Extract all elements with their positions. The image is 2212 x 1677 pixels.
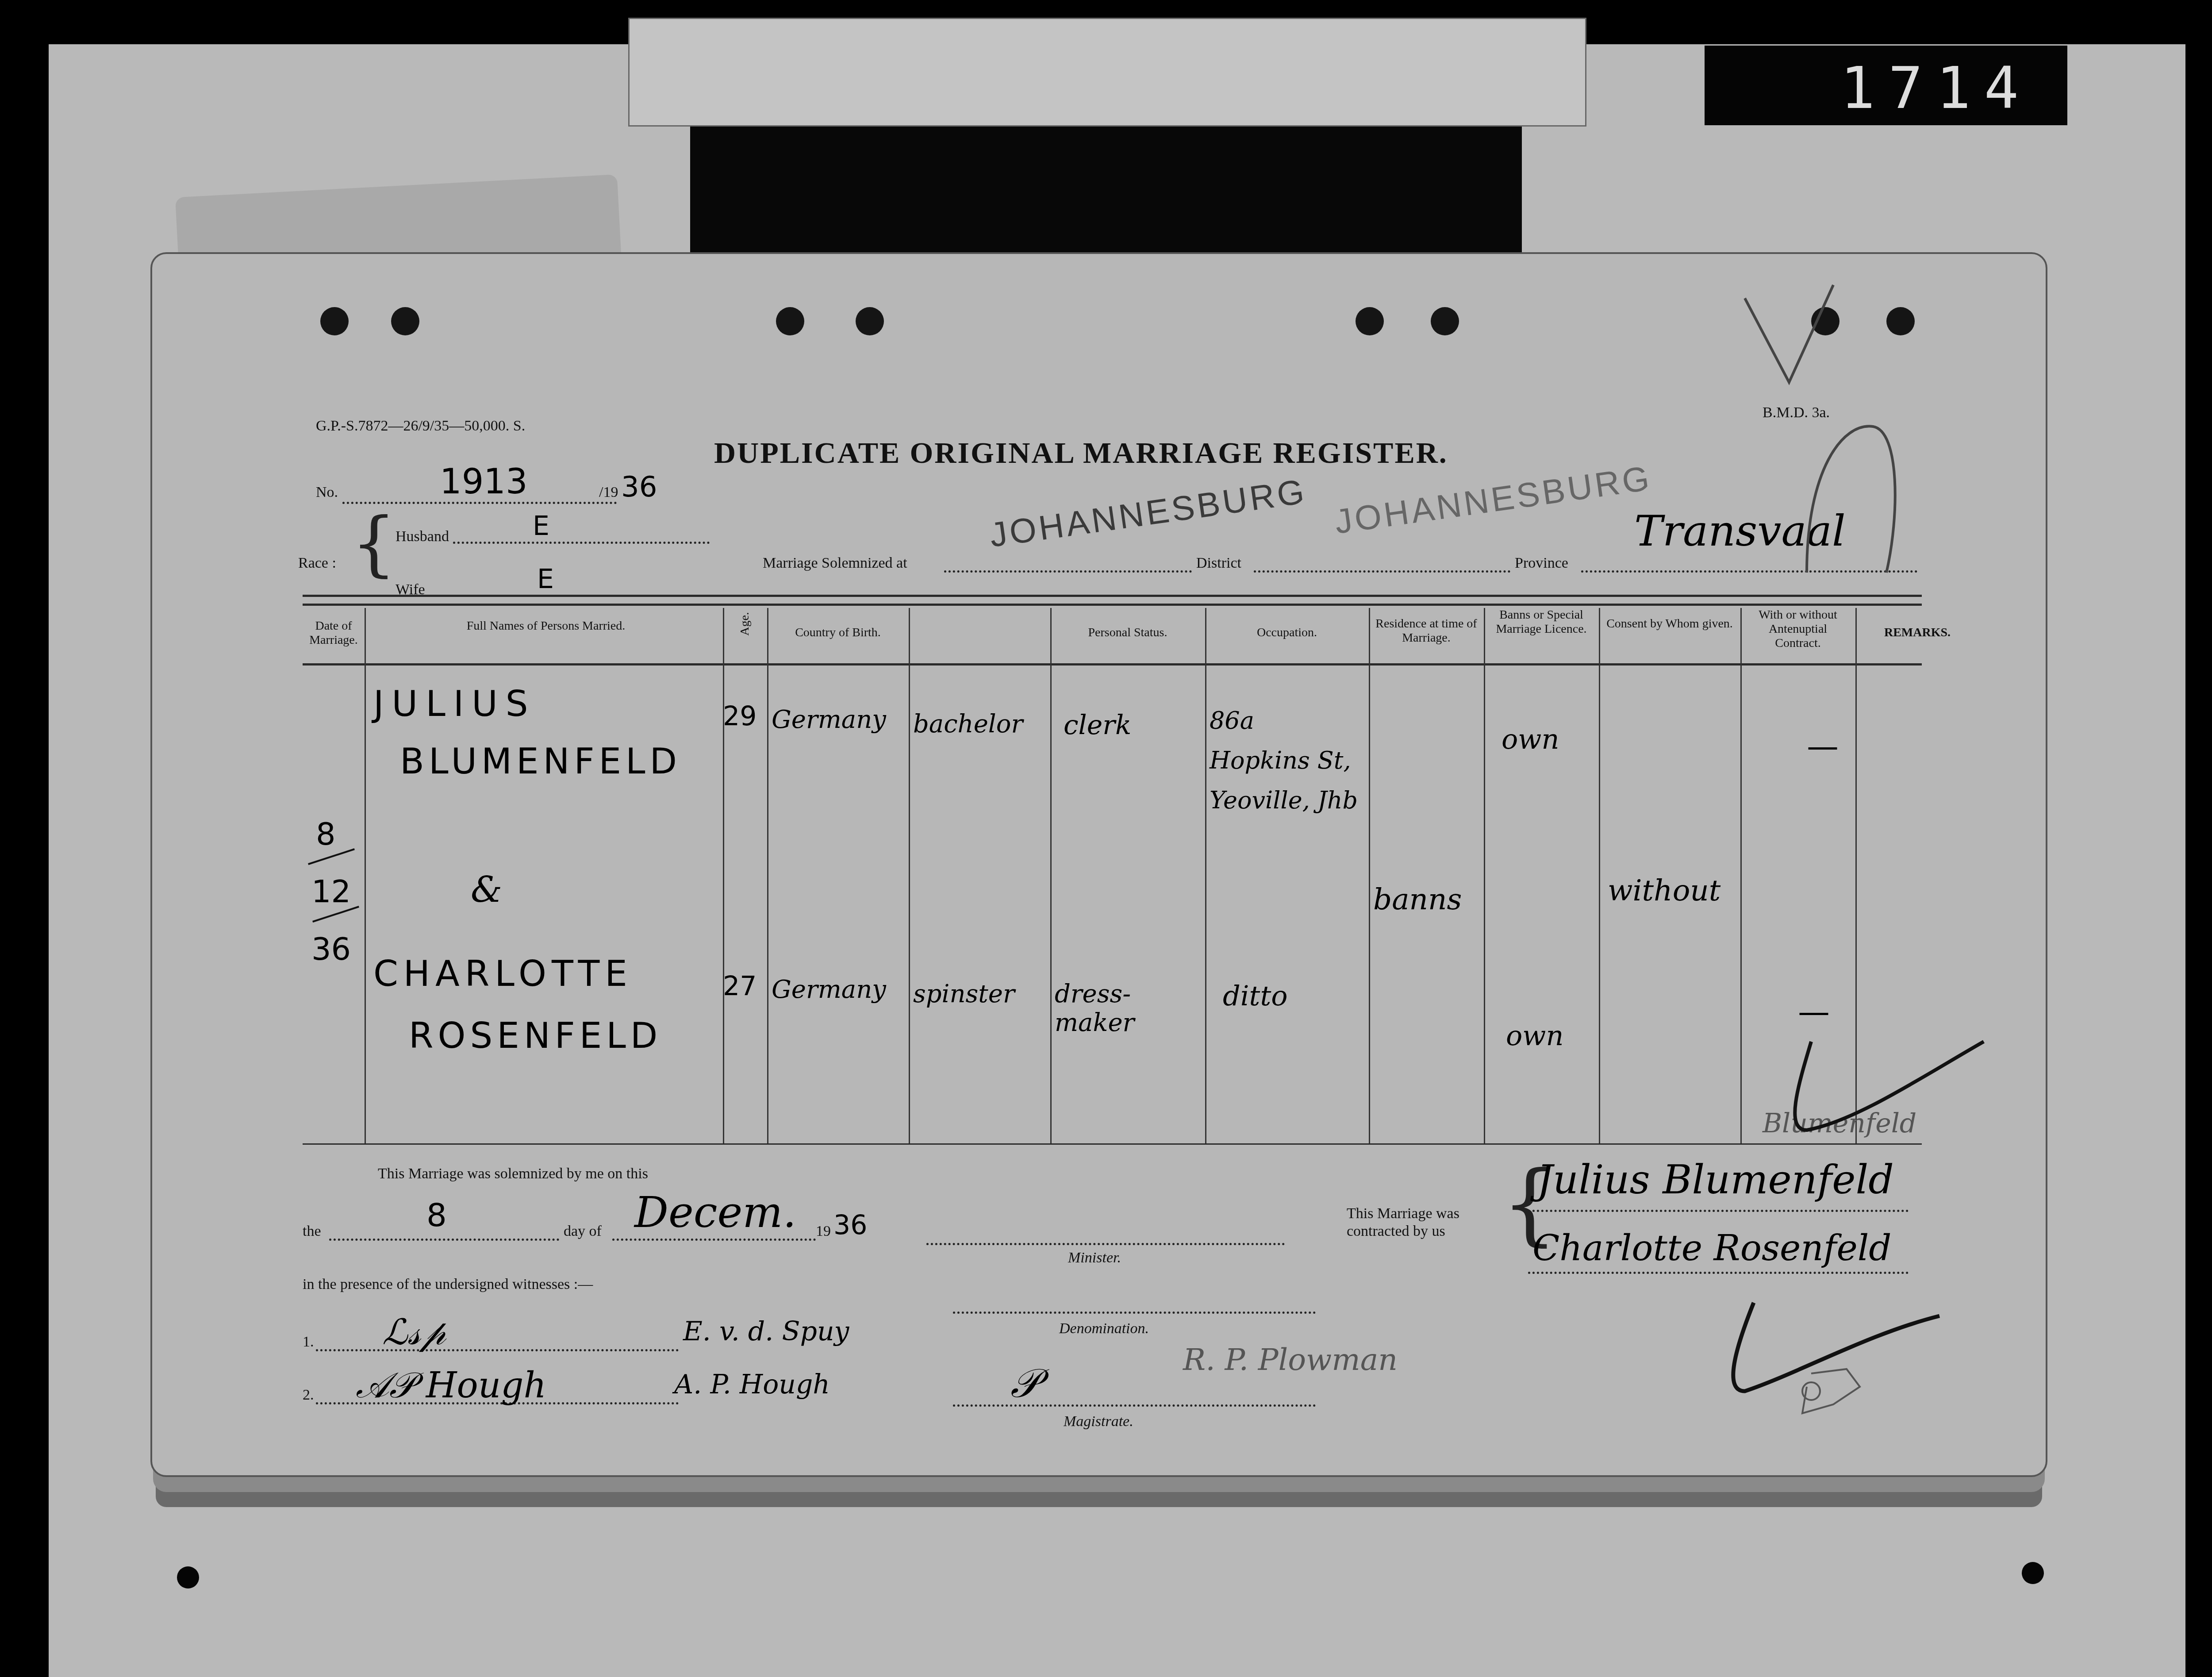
- year-prefix: 19: [816, 1223, 831, 1240]
- col-divider: [1205, 608, 1206, 1143]
- witness-1-line: [316, 1349, 679, 1351]
- header-status: Personal Status.: [1055, 626, 1201, 640]
- country: Germany: [772, 975, 904, 1004]
- register-no-value: 1913: [440, 462, 528, 502]
- punch-hole: [1431, 307, 1459, 335]
- col-divider: [1599, 608, 1600, 1143]
- col-divider: [723, 608, 724, 1143]
- punch-hole: [320, 307, 349, 335]
- witness-intro: in the presence of the undersigned witne…: [303, 1276, 593, 1293]
- frame-counter: 1714: [1840, 54, 2032, 122]
- district-label: District: [1196, 555, 1241, 572]
- print-code: G.P.-S.7872—26/9/35—50,000. S.: [316, 418, 525, 435]
- wife-signature: Charlotte Rosenfeld: [1532, 1227, 1892, 1269]
- header-date: Date of Marriage.: [303, 619, 365, 647]
- consent: own: [1506, 1019, 1563, 1052]
- wife-race-value: E: [537, 564, 554, 595]
- year-value: 36: [833, 1210, 867, 1241]
- age: 27: [723, 971, 757, 1002]
- punch-hole: [391, 307, 419, 335]
- occupation: dress-maker: [1055, 980, 1201, 1037]
- witness-2-print: A. P. Hough: [674, 1369, 830, 1400]
- witness-1-number: 1.: [303, 1334, 314, 1350]
- the-label: the: [303, 1223, 321, 1240]
- month-line: [612, 1239, 816, 1241]
- witness-2-signature: 𝒜𝒫 Hough: [356, 1365, 546, 1406]
- table-bottom-rule: [303, 1143, 1922, 1145]
- col-divider: [1740, 608, 1742, 1143]
- col-divider: [1050, 608, 1052, 1143]
- punch-hole: [856, 307, 884, 335]
- binder-hole-right: [2022, 1562, 2044, 1584]
- solemnized-at-stamp: JOHANNESBURG: [987, 471, 1309, 555]
- solemnized-intro: This Marriage was solemnized by me on th…: [378, 1165, 648, 1182]
- contracted-label-2: contracted by us: [1347, 1223, 1445, 1240]
- dark-slot: [690, 119, 1522, 257]
- magistrate-signature: 𝒫: [1010, 1360, 1039, 1407]
- col-divider: [365, 608, 366, 1143]
- country: Germany: [772, 705, 904, 734]
- frame-holder: 1714: [628, 18, 1586, 127]
- witness-1-print: E. v. d. Spuy: [683, 1316, 849, 1347]
- header-bottom-rule: [303, 663, 1922, 665]
- col-divider: [909, 608, 910, 1143]
- header-consent: Consent by Whom given.: [1603, 617, 1736, 631]
- pencil-arc-icon: [1798, 404, 1922, 581]
- consent: own: [1502, 723, 1559, 755]
- race-label: Race :: [298, 555, 336, 572]
- banns-value: banns: [1373, 882, 1462, 916]
- husband-race-value: E: [533, 511, 549, 542]
- register-no-label: No.: [316, 484, 338, 501]
- witness-1-signature: ℒ𝓈𝓅: [382, 1312, 446, 1353]
- header-occupation: Occupation.: [1210, 626, 1364, 640]
- col-divider: [1484, 608, 1485, 1143]
- name-first: CHARLOTTE: [373, 953, 633, 994]
- register-page: G.P.-S.7872—26/9/35—50,000. S. B.M.D. 3a…: [150, 252, 2047, 1477]
- magistrate-line: [953, 1404, 1316, 1407]
- date-day: 8: [316, 816, 336, 852]
- denomination-label: Denomination.: [1059, 1320, 1149, 1337]
- header-names: Full Names of Persons Married.: [382, 619, 710, 633]
- punch-hole: [1356, 307, 1384, 335]
- status: spinster: [913, 980, 1015, 1008]
- contracted-label-1: This Marriage was: [1347, 1205, 1459, 1222]
- minister-label: Minister.: [1068, 1250, 1121, 1266]
- register-year-label: /19: [599, 484, 618, 501]
- month-value: Decem.: [634, 1188, 796, 1237]
- district-line: [1254, 570, 1510, 573]
- contract-value: without: [1608, 873, 1720, 908]
- check-mark-icon: [1701, 1285, 1948, 1427]
- residence: ditto: [1223, 980, 1288, 1012]
- race-brace: {: [351, 502, 396, 585]
- day-of-label: day of: [564, 1223, 602, 1240]
- husband-label: Husband: [396, 528, 449, 545]
- denomination-line: [953, 1312, 1316, 1314]
- minister-line: [926, 1243, 1285, 1245]
- register-year-value: 36: [621, 471, 657, 504]
- name-last: ROSENFELD: [409, 1015, 662, 1056]
- table-top-rule-2: [303, 604, 1922, 606]
- name-last: BLUMENFELD: [400, 741, 681, 782]
- frame-counter-box: 1714: [1705, 46, 2067, 125]
- document-title: DUPLICATE ORIGINAL MARRIAGE REGISTER.: [714, 435, 1448, 470]
- binder-hole-left: [177, 1566, 199, 1589]
- solemnized-at-label: Marriage Solemnized at: [763, 555, 907, 572]
- remarks: —: [1807, 727, 1839, 765]
- witness-2-number: 2.: [303, 1387, 314, 1404]
- table-top-rule: [303, 595, 1922, 597]
- magistrate-print: R. P. Plowman: [1183, 1342, 1398, 1377]
- header-age: Age.: [738, 606, 752, 642]
- wife-signature-line: [1528, 1272, 1909, 1274]
- age: 29: [723, 701, 757, 732]
- header-residence: Residence at time of Marriage.: [1373, 617, 1479, 645]
- check-mark-icon: [1736, 281, 1851, 413]
- magistrate-label: Magistrate.: [1064, 1413, 1133, 1430]
- day-line: [329, 1239, 559, 1241]
- husband-signature-line: [1528, 1210, 1909, 1212]
- col-divider: [1369, 608, 1370, 1143]
- day-value: 8: [426, 1196, 447, 1234]
- header-banns: Banns or Special Marriage Licence.: [1488, 608, 1594, 636]
- punch-hole: [1886, 307, 1915, 335]
- punch-hole: [776, 307, 804, 335]
- status: bachelor: [913, 710, 1023, 738]
- date-month: 12: [311, 873, 351, 910]
- col-divider: [767, 608, 768, 1143]
- header-remarks: REMARKS.: [1860, 626, 1975, 640]
- date-year: 36: [311, 931, 351, 967]
- residence: 86a Hopkins St, Yeoville, Jhb: [1210, 701, 1360, 820]
- province-label: Province: [1515, 555, 1568, 572]
- occupation: clerk: [1064, 710, 1131, 741]
- remarks: —: [1798, 993, 1830, 1030]
- husband-signature: Julius Blumenfeld: [1537, 1157, 1894, 1203]
- solemnized-at-line: [944, 570, 1192, 573]
- husband-race-line: [453, 542, 710, 544]
- header-country: Country of Birth.: [772, 626, 904, 640]
- check-mark-icon: [1767, 1033, 1988, 1148]
- header-contract: With or without Antenuptial Contract.: [1745, 608, 1851, 650]
- name-first: JULIUS: [373, 683, 536, 724]
- names-connector: &: [471, 869, 502, 910]
